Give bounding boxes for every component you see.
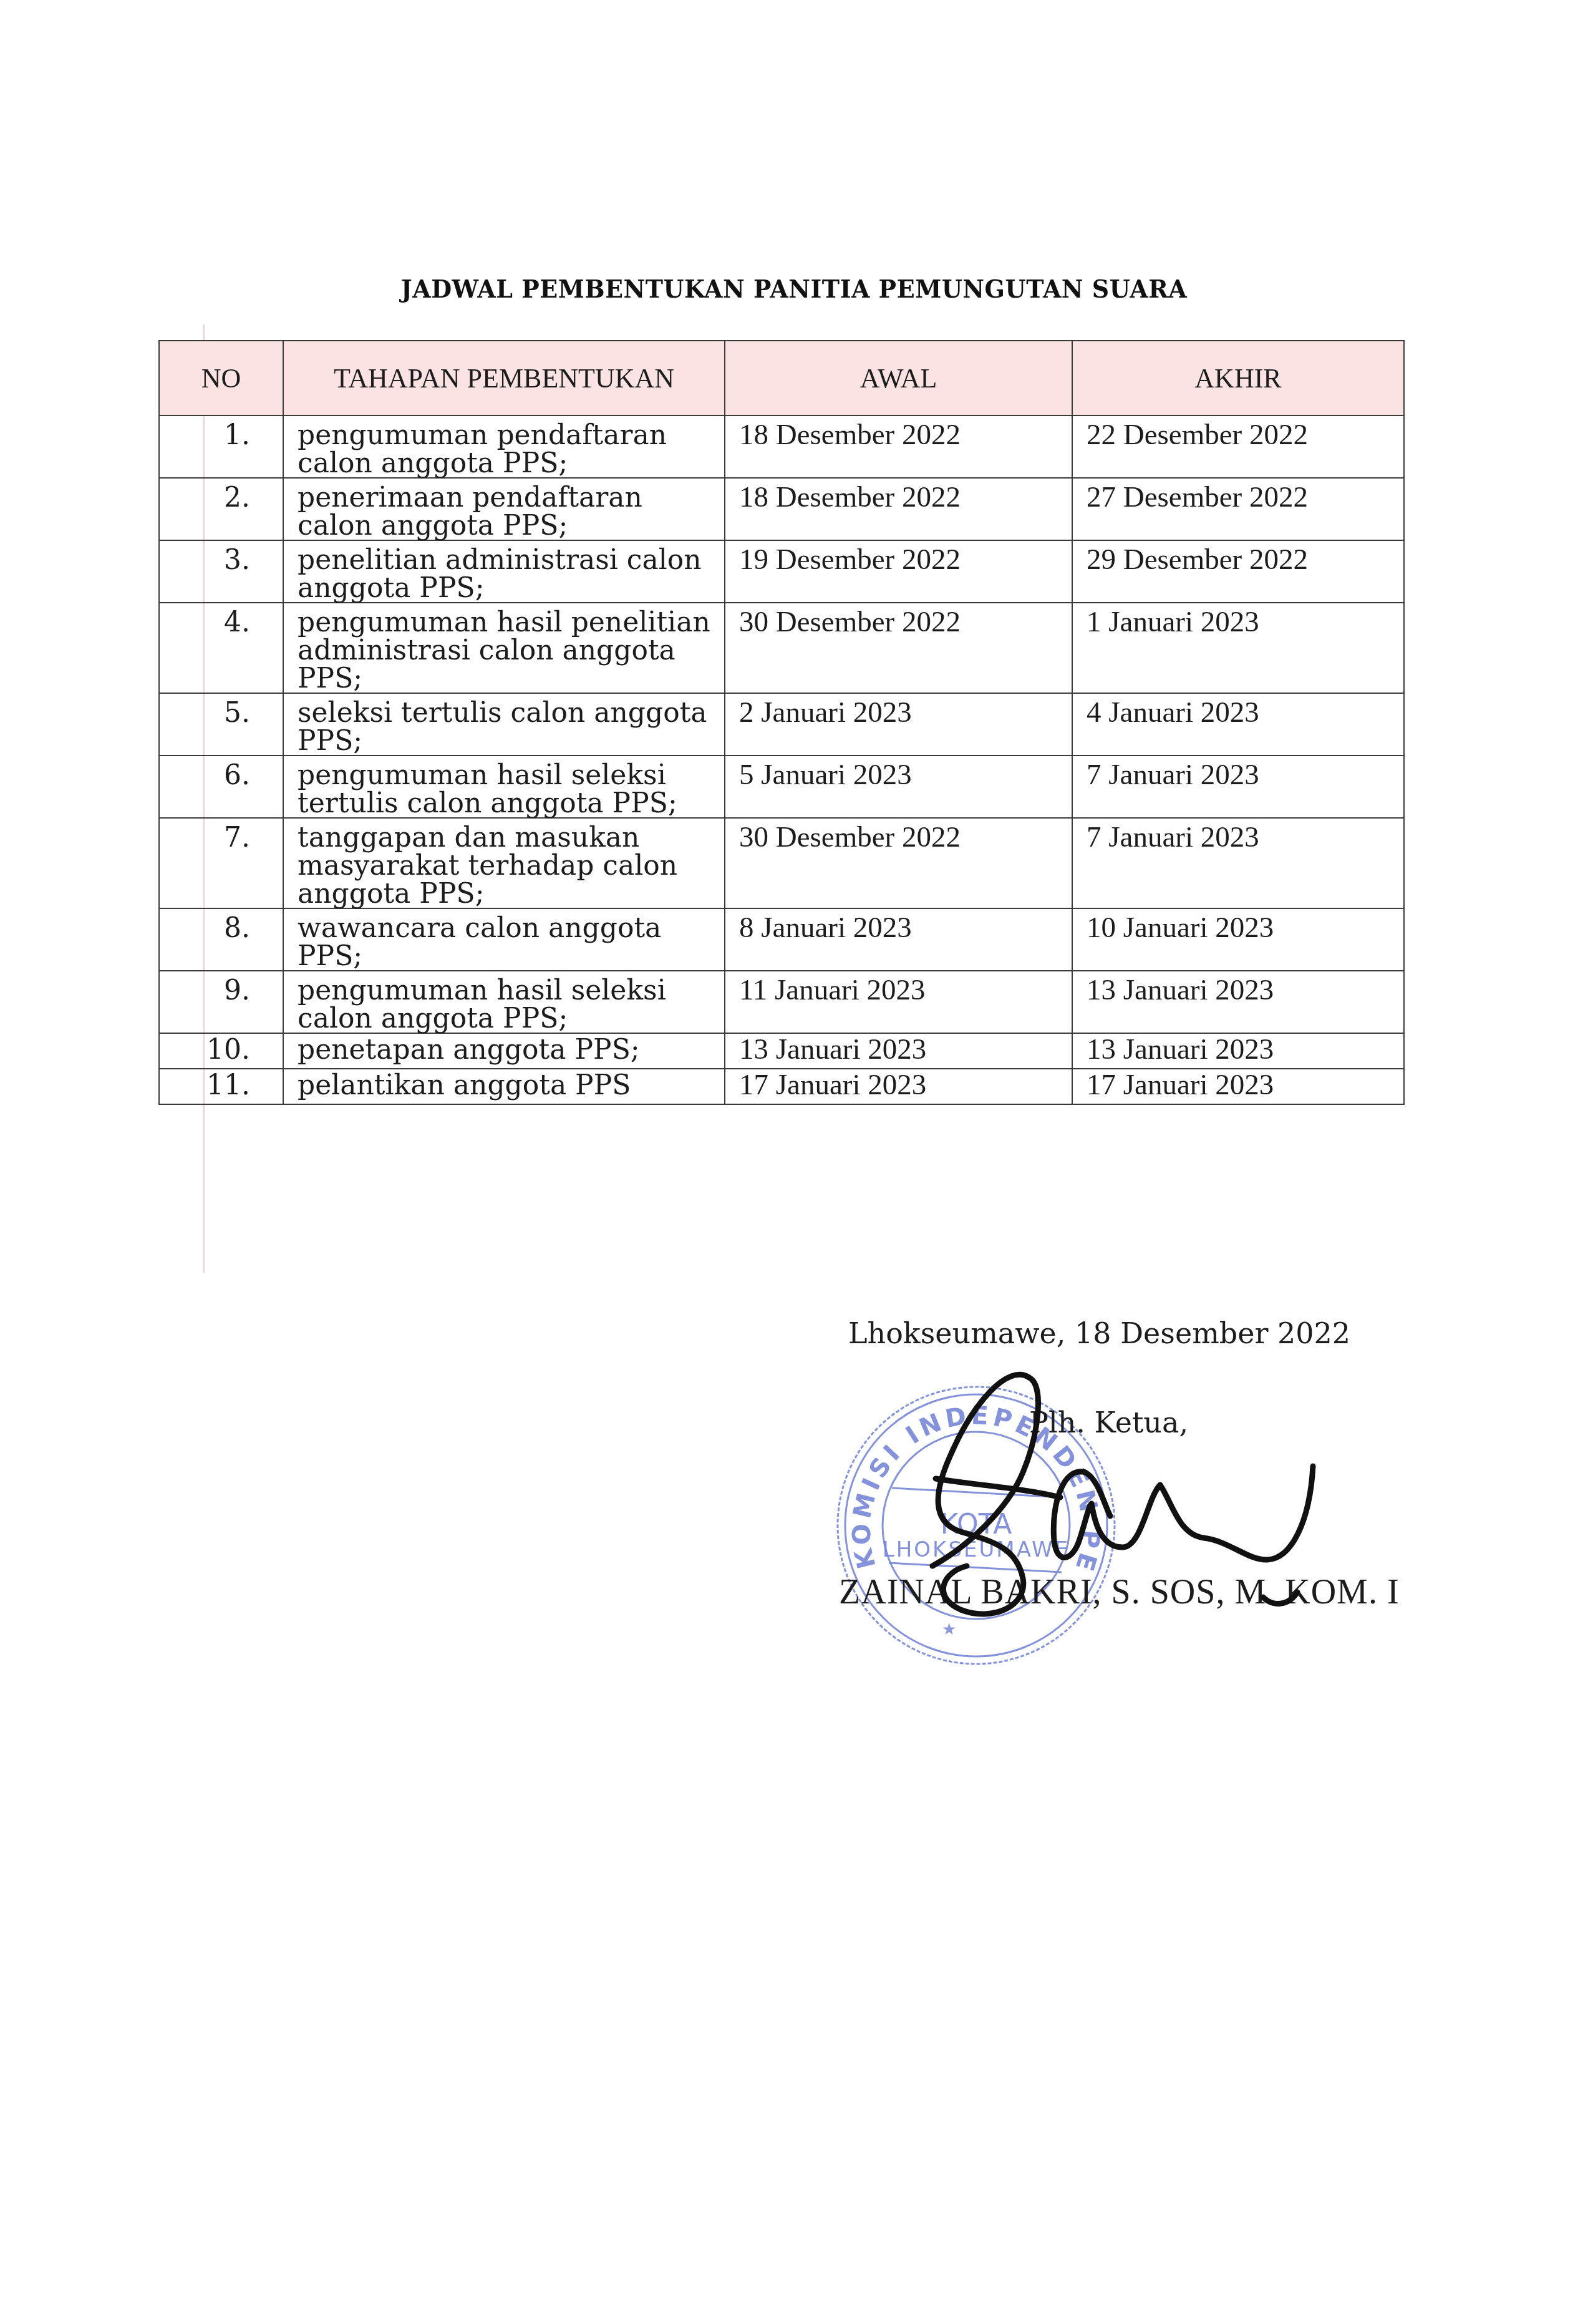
column-header-end: AKHIR [1072,341,1404,416]
row-end-date: 13 Januari 2023 [1072,971,1404,1033]
column-header-stage: TAHAPAN PEMBENTUKAN [283,341,725,416]
row-end-date: 13 Januari 2023 [1072,1033,1404,1069]
row-start-date: 17 Januari 2023 [725,1069,1072,1104]
row-end-date: 7 Januari 2023 [1072,756,1404,818]
row-end-date: 1 Januari 2023 [1072,603,1404,693]
row-stage: penetapan anggota PPS; [283,1033,725,1069]
table-row: 3. penelitian administrasi calon anggota… [159,540,1404,603]
row-stage: pengumuman hasil seleksi calon anggota P… [283,971,725,1033]
row-number: 3. [159,540,283,603]
table-row: 6. pengumuman hasil seleksi tertulis cal… [159,756,1404,818]
row-stage: penerimaan pendaftaran calon anggota PPS… [283,478,725,540]
table-row: 9. pengumuman hasil seleksi calon anggot… [159,971,1404,1033]
row-number: 1. [159,416,283,478]
table-row: 1. pengumuman pendaftaran calon anggota … [159,416,1404,478]
table-row: 8. wawancara calon anggota PPS; 8 Januar… [159,908,1404,971]
row-number: 4. [159,603,283,693]
schedule-table: NO TAHAPAN PEMBENTUKAN AWAL AKHIR 1. pen… [158,340,1405,1105]
column-header-no: NO [159,341,283,416]
row-stage: seleksi tertulis calon anggota PPS; [283,693,725,756]
row-end-date: 17 Januari 2023 [1072,1069,1404,1104]
row-stage: tanggapan dan masukan masyarakat terhada… [283,818,725,908]
document-title: JADWAL PEMBENTUKAN PANITIA PEMUNGUTAN SU… [0,274,1588,303]
table-row: 7. tanggapan dan masukan masyarakat terh… [159,818,1404,908]
row-start-date: 19 Desember 2022 [725,540,1072,603]
column-header-start: AWAL [725,341,1072,416]
row-end-date: 7 Januari 2023 [1072,818,1404,908]
row-number: 5. [159,693,283,756]
row-number: 11. [159,1069,283,1104]
row-start-date: 8 Januari 2023 [725,908,1072,971]
table-row: 11. pelantikan anggota PPS 17 Januari 20… [159,1069,1404,1104]
row-number: 10. [159,1033,283,1069]
row-number: 7. [159,818,283,908]
row-start-date: 18 Desember 2022 [725,478,1072,540]
row-start-date: 11 Januari 2023 [725,971,1072,1033]
row-end-date: 22 Desember 2022 [1072,416,1404,478]
row-start-date: 30 Desember 2022 [725,603,1072,693]
place-and-date: Lhokseumawe, 18 Desember 2022 [848,1316,1350,1350]
table-row: 10. penetapan anggota PPS; 13 Januari 20… [159,1033,1404,1069]
row-stage: penelitian administrasi calon anggota PP… [283,540,725,603]
row-end-date: 10 Januari 2023 [1072,908,1404,971]
row-number: 2. [159,478,283,540]
handwritten-signature-icon [873,1360,1347,1622]
row-end-date: 27 Desember 2022 [1072,478,1404,540]
row-start-date: 2 Januari 2023 [725,693,1072,756]
table-row: 2. penerimaan pendaftaran calon anggota … [159,478,1404,540]
row-start-date: 5 Januari 2023 [725,756,1072,818]
row-start-date: 18 Desember 2022 [725,416,1072,478]
row-start-date: 13 Januari 2023 [725,1033,1072,1069]
row-stage: pengumuman pendaftaran calon anggota PPS… [283,416,725,478]
table-row: 4. pengumuman hasil penelitian administr… [159,603,1404,693]
row-end-date: 29 Desember 2022 [1072,540,1404,603]
row-stage: wawancara calon anggota PPS; [283,908,725,971]
row-end-date: 4 Januari 2023 [1072,693,1404,756]
row-start-date: 30 Desember 2022 [725,818,1072,908]
table-header-row: NO TAHAPAN PEMBENTUKAN AWAL AKHIR [159,341,1404,416]
row-number: 6. [159,756,283,818]
row-number: 8. [159,908,283,971]
row-stage: pengumuman hasil penelitian administrasi… [283,603,725,693]
row-stage: pengumuman hasil seleksi tertulis calon … [283,756,725,818]
row-number: 9. [159,971,283,1033]
table-row: 5. seleksi tertulis calon anggota PPS; 2… [159,693,1404,756]
row-stage: pelantikan anggota PPS [283,1069,725,1104]
